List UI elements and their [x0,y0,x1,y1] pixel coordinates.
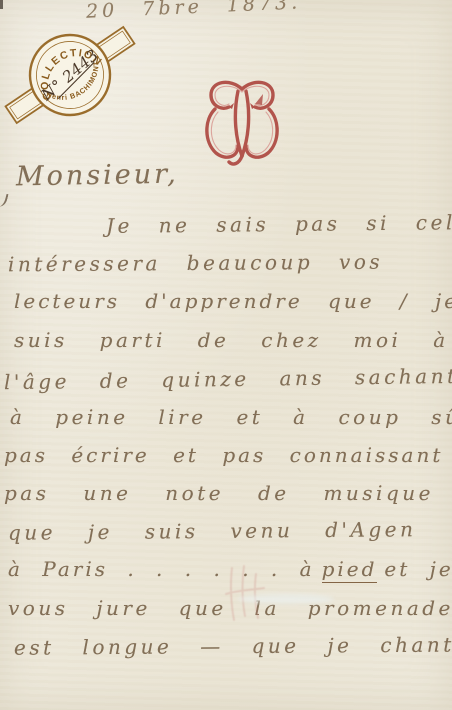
letter-line-1: Je ne sais pas si cela [106,210,452,238]
letter-line-6: à peine lire et à coup sûr [10,405,452,429]
letter-line-5: l'âge de quinze ans sachant [4,364,452,394]
pied-underlined-word: pied [322,557,378,583]
erasure-smudge [238,594,334,604]
pied-line-post: et je [384,557,452,581]
edge-ink-mark [0,192,9,208]
letter-line-9: que je suis venu d'Agen [8,517,417,545]
monogram-icon [198,76,286,168]
letter-line-8: pas une note de musique [4,481,434,505]
letter-line-3: lecteurs d'apprendre que / je [14,289,452,313]
collection-stamp: COLLECTION Henri BACHIMONT N° 2443 [0,0,155,150]
letter-line-2: intéressera beaucoup vos [8,250,383,277]
letter-page: 20 7bre 1873. COLLECTION [0,0,452,710]
salutation: Monsieur, [16,159,179,193]
letter-line-7: pas écrire et pas connaissant [4,443,443,467]
letter-line-4: suis parti de chez moi à [14,328,449,352]
